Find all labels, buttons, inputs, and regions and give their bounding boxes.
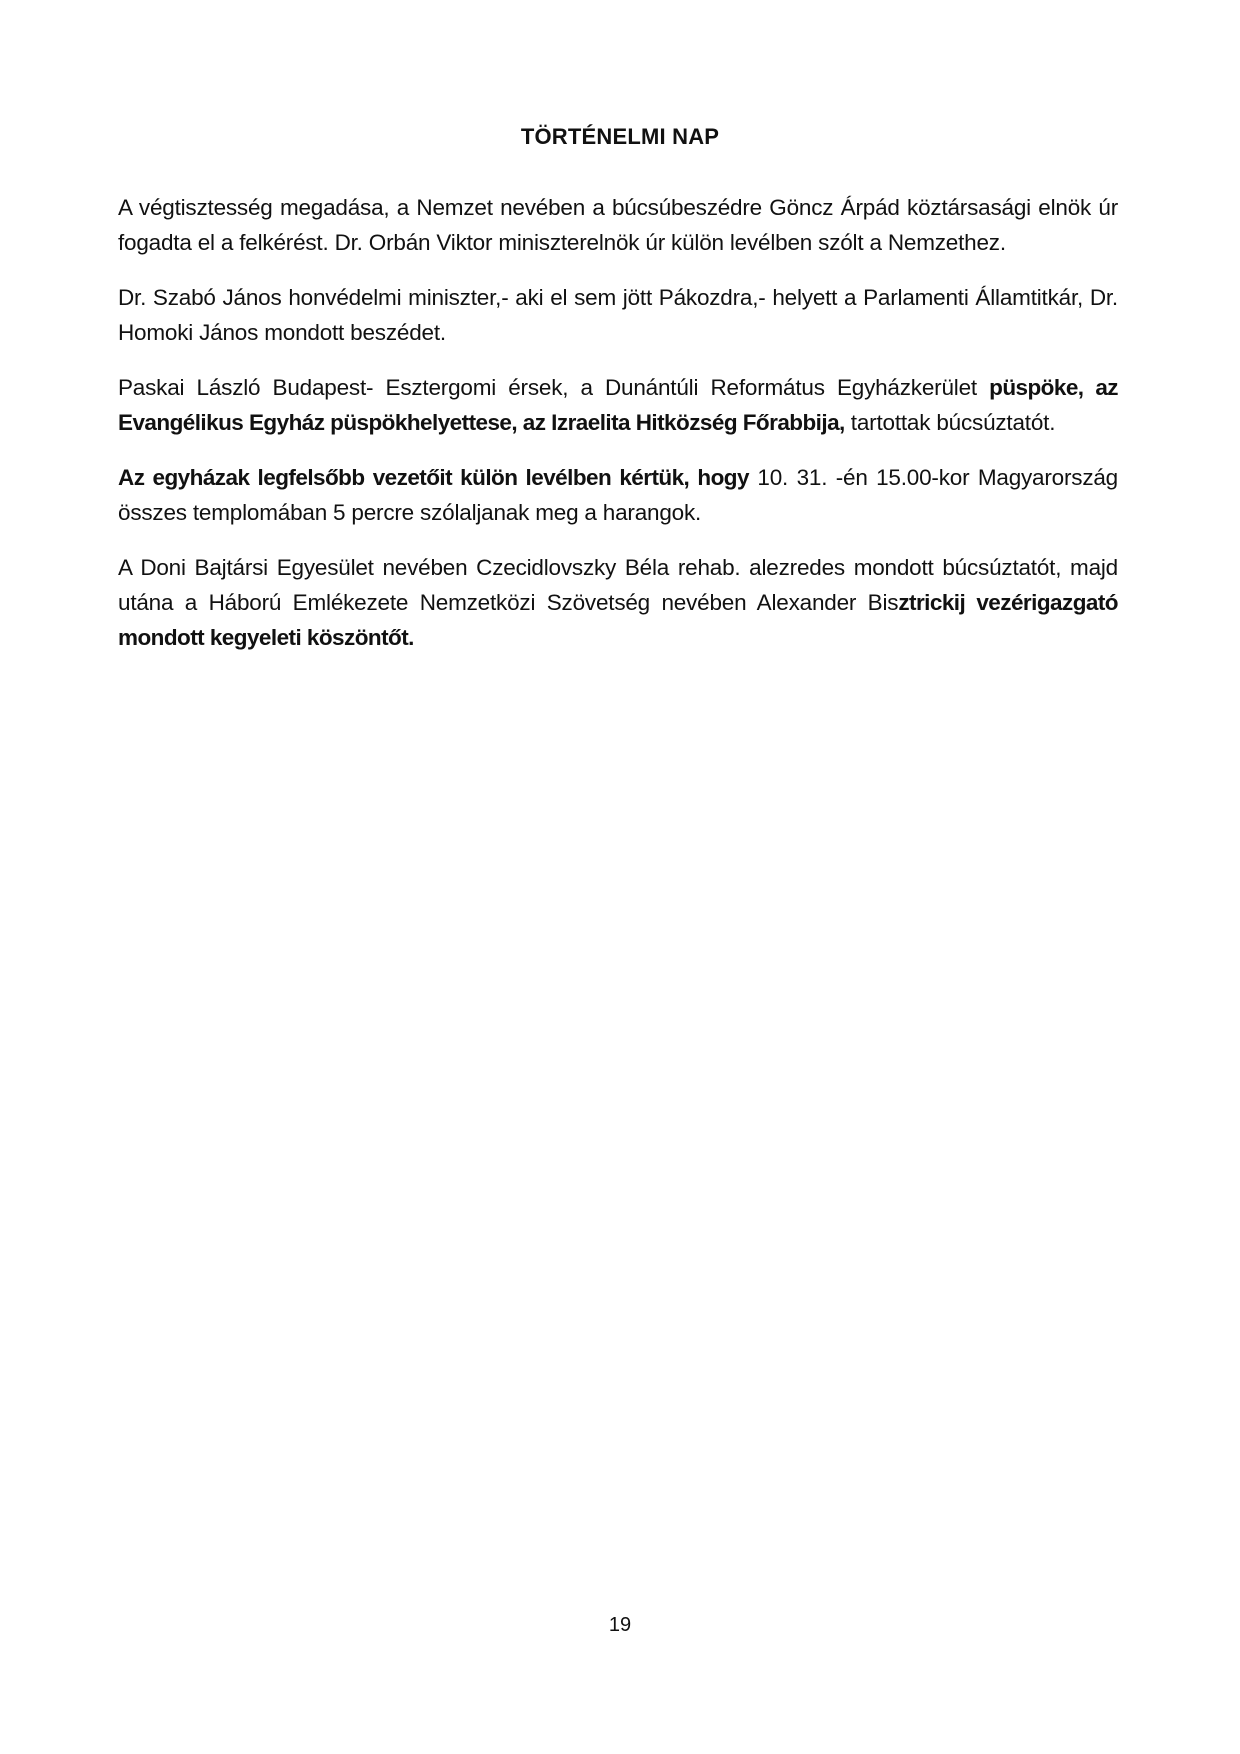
body-text: A végtisztesség megadása, a Nemzet nevéb… [118, 190, 1118, 675]
document-page: TÖRTÉNELMI NAP A végtisztesség megadása,… [0, 0, 1240, 1754]
text-segment: Paskai László Budapest- Esztergomi érsek… [118, 375, 989, 400]
paragraph-veterans-association: A Doni Bajtársi Egyesület nevében Czecid… [118, 550, 1118, 655]
page-title: TÖRTÉNELMI NAP [0, 122, 1240, 152]
paragraph-church-bells: Az egyházak legfelsőbb vezetőit külön le… [118, 460, 1118, 530]
text-segment: A végtisztesség megadása, a Nemzet nevéb… [118, 195, 1118, 255]
paragraph-ministry-speech: Dr. Szabó János honvédelmi miniszter,- a… [118, 280, 1118, 350]
page-number: 19 [0, 1612, 1240, 1638]
paragraph-eulogy-request: A végtisztesség megadása, a Nemzet nevéb… [118, 190, 1118, 260]
text-segment: tartottak búcsúztatót. [845, 410, 1056, 435]
paragraph-church-leaders: Paskai László Budapest- Esztergomi érsek… [118, 370, 1118, 440]
text-segment: Dr. Szabó János honvédelmi miniszter,- a… [118, 285, 1118, 345]
bold-text-segment: Az egyházak legfelsőbb vezetőit külön le… [118, 465, 749, 490]
